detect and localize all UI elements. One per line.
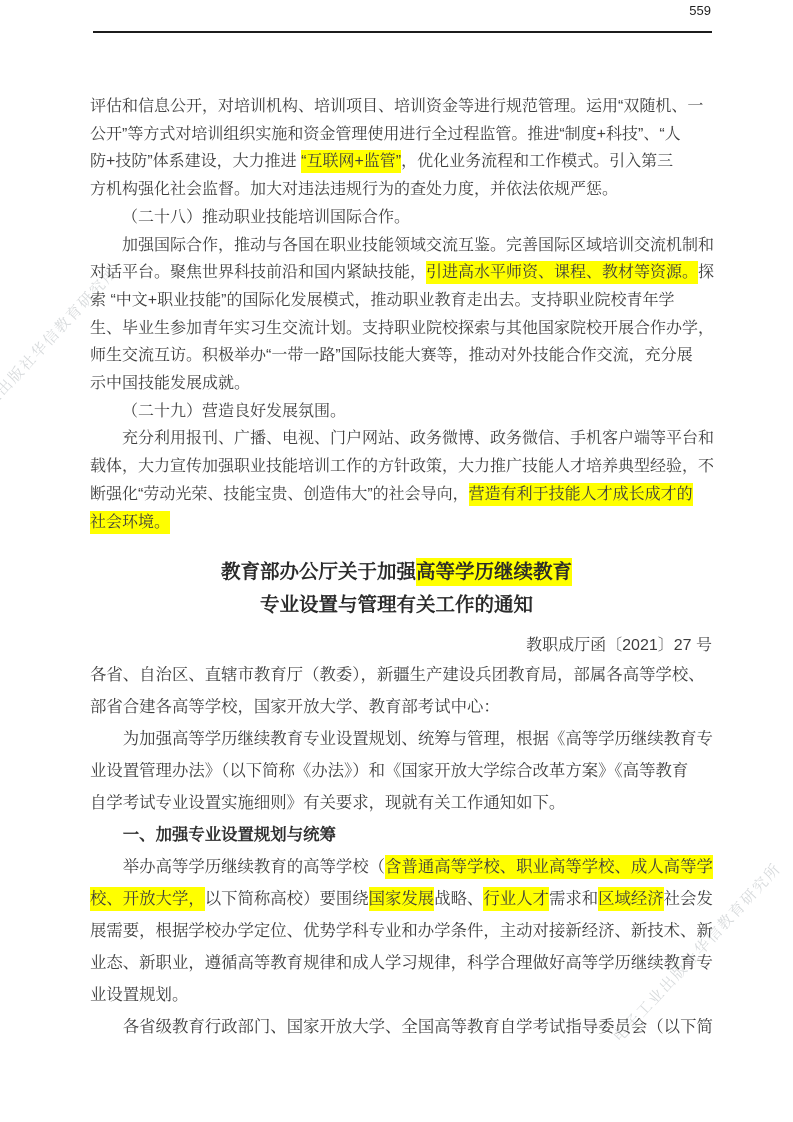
- highlighted-text: 营造有利于技能人才成长成才的: [469, 483, 693, 506]
- text-run: 充分利用报刊、广播、电视、门户网站、政务微博、政务微信、手机客户端等平台和: [122, 430, 714, 447]
- text-run: 探: [698, 264, 714, 281]
- text-run: 部省合建各高等学校，国家开放大学、教育部考试中心：: [90, 698, 500, 716]
- text-run: 展需要，根据学校办学定位、优势学科专业和办学条件，主动对接新经济、新技术、新: [90, 922, 713, 940]
- text-run: 业态、新职业，遵循高等教育规律和成人学习规律，科学合理做好高等学历继续教育专: [90, 954, 713, 972]
- text-line: 对话平台。聚焦世界科技前沿和国内紧缺技能，引进高水平师资、课程、教材等资源。探: [90, 259, 720, 287]
- notice-body-block: 各省、自治区、直辖市教育厅（教委），新疆生产建设兵团教育局，部属各高等学校、部省…: [90, 659, 730, 1043]
- document-page: 559 电子工业出版社华信教育研究所 电子工业出版社华信教育研究所 评估和信息公…: [0, 0, 793, 1122]
- text-line: 师生交流互访。积极举办“一带一路”国际技能大赛等，推动对外技能合作交流，充分展: [90, 342, 720, 370]
- policy-text-block: 评估和信息公开，对培训机构、培训项目、培训资金等进行规范管理。运用“双随机、一公…: [90, 93, 720, 536]
- text-line: 业设置管理办法》（以下简称《办法》）和《国家开放大学综合改革方案》《高等教育: [90, 755, 730, 787]
- highlighted-text: 引进高水平师资、课程、教材等资源。: [426, 261, 698, 284]
- text-line: （二十九）营造良好发展氛围。: [90, 398, 720, 426]
- text-run: 举办高等学历继续教育的高等学校（: [123, 858, 385, 876]
- text-run: （二十九）营造良好发展氛围。: [122, 403, 346, 420]
- text-line: 自学考试专业设置实施细则》有关要求，现就有关工作通知如下。: [90, 787, 730, 819]
- text-line: 专业设置与管理有关工作的通知: [0, 589, 793, 622]
- text-line: 社会环境。: [90, 509, 720, 537]
- text-run: 业设置管理办法》（以下简称《办法》）和《国家开放大学综合改革方案》《高等教育: [90, 762, 688, 780]
- text-line: 展需要，根据学校办学定位、优势学科专业和办学条件，主动对接新经济、新技术、新: [90, 915, 730, 947]
- text-run: 专业设置与管理有关工作的通知: [260, 594, 533, 616]
- text-run: 索 “中文+职业技能”的国际化发展模式，推动职业教育走出去。支持职业院校青年学: [90, 292, 674, 309]
- text-line: 举办高等学历继续教育的高等学校（含普通高等学校、职业高等学校、成人高等学: [90, 851, 730, 883]
- text-line: 校、开放大学，以下简称高校）要围绕国家发展战略、行业人才需求和区域经济社会发: [90, 883, 730, 915]
- section-heading: 一、加强专业设置规划与统筹: [90, 819, 730, 851]
- text-line: 教育部办公厅关于加强高等学历继续教育: [0, 556, 793, 589]
- text-run: 业设置规划。: [90, 986, 188, 1004]
- text-line: 加强国际合作，推动与各国在职业技能领域交流互鉴。完善国际区域培训交流机制和: [90, 232, 720, 260]
- text-run: 自学考试专业设置实施细则》有关要求，现就有关工作通知如下。: [90, 794, 565, 812]
- text-run: 示中国技能发展成就。: [90, 375, 250, 392]
- text-line: 各省级教育行政部门、国家开放大学、全国高等教育自学考试指导委员会（以下简: [90, 1011, 730, 1043]
- text-run: 方机构强化社会监督。加大对违法违规行为的查处力度，并依法依规严惩。: [90, 181, 618, 198]
- text-line: 防+技防”体系建设，大力推进 “互联网+监管”，优化业务流程和工作模式。引入第三: [90, 148, 720, 176]
- highlighted-text: 社会环境。: [90, 511, 170, 534]
- text-run: 社会发: [664, 890, 713, 908]
- header-rule: [93, 31, 712, 33]
- text-line: 充分利用报刊、广播、电视、门户网站、政务微博、政务微信、手机客户端等平台和: [90, 425, 720, 453]
- highlighted-text: 校、开放大学，: [90, 887, 205, 911]
- text-run: 各省级教育行政部门、国家开放大学、全国高等教育自学考试指导委员会（以下简: [123, 1018, 713, 1036]
- text-line: 示中国技能发展成就。: [90, 370, 720, 398]
- text-run: 一、加强专业设置规划与统筹: [123, 826, 336, 844]
- highlighted-text: 国家发展: [369, 887, 435, 911]
- text-run: 加强国际合作，推动与各国在职业技能领域交流互鉴。完善国际区域培训交流机制和: [122, 237, 714, 254]
- text-line: 载体，大力宣传加强职业技能培训工作的方针政策，大力推广技能人才培养典型经验，不: [90, 453, 720, 481]
- text-run: （二十八）推动职业技能培训国际合作。: [122, 209, 410, 226]
- text-line: 断强化“劳动光荣、技能宝贵、创造伟大”的社会导向，营造有利于技能人才成长成才的: [90, 481, 720, 509]
- text-line: 公开”等方式对培训组织实施和资金管理使用进行全过程监管。推进“制度+科技”、“人: [90, 121, 720, 149]
- text-run: 防+技防”体系建设，大力推进: [90, 153, 301, 170]
- text-run: 师生交流互访。积极举办“一带一路”国际技能大赛等，推动对外技能合作交流，充分展: [90, 347, 693, 364]
- text-run: 对话平台。聚焦世界科技前沿和国内紧缺技能，: [90, 264, 426, 281]
- text-run: 教育部办公厅关于加强: [221, 561, 416, 583]
- text-run: 以下简称高校）要围绕: [205, 890, 369, 908]
- text-line: 评估和信息公开，对培训机构、培训项目、培训资金等进行规范管理。运用“双随机、一: [90, 93, 720, 121]
- text-line: 业态、新职业，遵循高等教育规律和成人学习规律，科学合理做好高等学历继续教育专: [90, 947, 730, 979]
- text-line: （二十八）推动职业技能培训国际合作。: [90, 204, 720, 232]
- text-line: 生、毕业生参加青年实习生交流计划。支持职业院校探索与其他国家院校开展合作办学，: [90, 315, 720, 343]
- highlighted-text: 含普通高等学校、职业高等学校、成人高等学: [385, 855, 713, 879]
- highlighted-text: 区域经济: [598, 887, 664, 911]
- text-run: 战略、: [434, 890, 483, 908]
- highlighted-text: “互联网+监管”: [301, 150, 401, 173]
- notice-doc-number: 教职成厅函〔2021〕27 号: [526, 632, 712, 655]
- text-run: 为加强高等学历继续教育专业设置规划、统筹与管理，根据《高等学历继续教育专: [123, 730, 713, 748]
- text-line: 方机构强化社会监督。加大对违法违规行为的查处力度，并依法依规严惩。: [90, 176, 720, 204]
- text-run: 各省、自治区、直辖市教育厅（教委），新疆生产建设兵团教育局，部属各高等学校、: [90, 666, 705, 684]
- text-run: 需求和: [549, 890, 598, 908]
- text-line: 为加强高等学历继续教育专业设置规划、统筹与管理，根据《高等学历继续教育专: [90, 723, 730, 755]
- text-run: 生、毕业生参加青年实习生交流计划。支持职业院校探索与其他国家院校开展合作办学，: [90, 320, 714, 337]
- highlighted-text: 行业人才: [483, 887, 549, 911]
- text-run: 公开”等方式对培训组织实施和资金管理使用进行全过程监管。推进“制度+科技”、“人: [90, 126, 681, 143]
- highlighted-text: 高等学历继续教育: [416, 558, 572, 586]
- text-line: 部省合建各高等学校，国家开放大学、教育部考试中心：: [90, 691, 730, 723]
- text-line: 业设置规划。: [90, 979, 730, 1011]
- text-run: 载体，大力宣传加强职业技能培训工作的方针政策，大力推广技能人才培养典型经验，不: [90, 458, 714, 475]
- text-line: 各省、自治区、直辖市教育厅（教委），新疆生产建设兵团教育局，部属各高等学校、: [90, 659, 730, 691]
- text-run: ，优化业务流程和工作模式。引入第三: [401, 153, 673, 170]
- text-run: 断强化“劳动光荣、技能宝贵、创造伟大”的社会导向，: [90, 486, 469, 503]
- page-number: 559: [689, 3, 711, 18]
- notice-title: 教育部办公厅关于加强高等学历继续教育专业设置与管理有关工作的通知: [0, 556, 793, 622]
- text-run: 评估和信息公开，对培训机构、培训项目、培训资金等进行规范管理。运用“双随机、一: [90, 98, 703, 115]
- text-line: 索 “中文+职业技能”的国际化发展模式，推动职业教育走出去。支持职业院校青年学: [90, 287, 720, 315]
